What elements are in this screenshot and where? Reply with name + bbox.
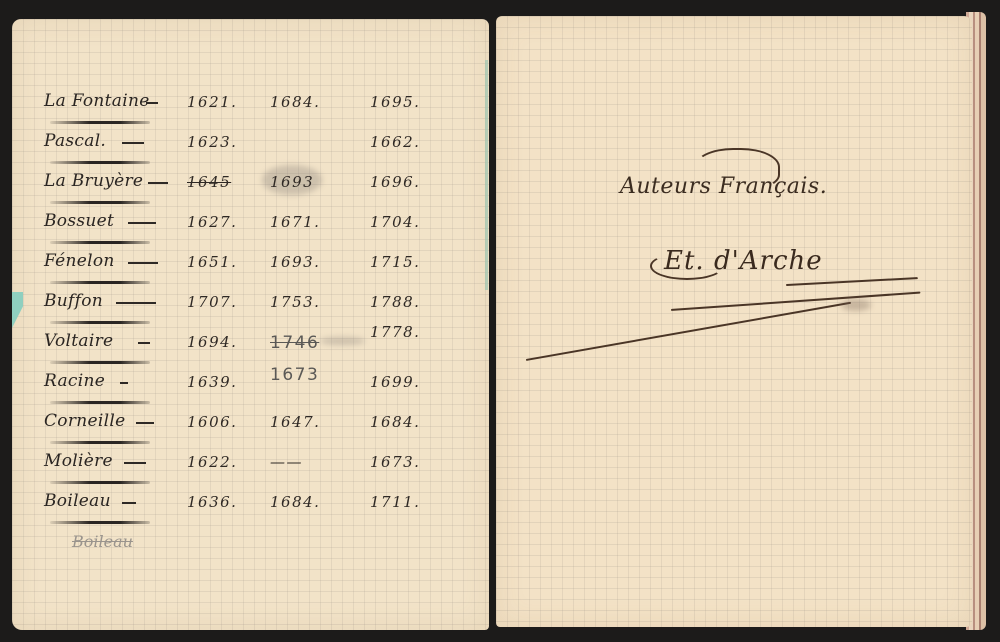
author-row: Boileau 1636. 1684. 1711. bbox=[12, 491, 489, 531]
underline bbox=[50, 241, 150, 244]
dash bbox=[124, 462, 146, 464]
work-year: 1746 bbox=[270, 333, 319, 353]
death-year: 1778. bbox=[370, 323, 420, 341]
author-row: Corneille 1606. 1647. 1684. bbox=[12, 411, 489, 451]
work-year: 1684. bbox=[270, 493, 320, 511]
death-year: 1711. bbox=[370, 493, 420, 511]
author-name: Corneille bbox=[44, 411, 125, 431]
signature-underline bbox=[786, 277, 918, 286]
death-year: 1673. bbox=[370, 453, 420, 471]
author-name: La Bruyère bbox=[44, 171, 143, 191]
ink-smudge bbox=[841, 299, 871, 311]
spine-binding bbox=[485, 60, 488, 290]
pencil-smudge bbox=[320, 337, 365, 345]
author-name: Molière bbox=[44, 451, 113, 471]
author-name: Boileau bbox=[44, 491, 111, 511]
birth-year: 1621. bbox=[187, 93, 237, 111]
author-name: Buffon bbox=[44, 291, 103, 311]
signature-underline bbox=[671, 292, 921, 311]
signature: Et. d'Arche bbox=[664, 246, 823, 276]
underline bbox=[50, 201, 150, 204]
death-year: 1684. bbox=[370, 413, 420, 431]
death-year: 1699. bbox=[370, 373, 420, 391]
work-year: 1684. bbox=[270, 93, 320, 111]
underline bbox=[50, 401, 150, 404]
underline bbox=[50, 441, 150, 444]
dash bbox=[138, 342, 150, 344]
death-year: 1715. bbox=[370, 253, 420, 271]
author-name: Racine bbox=[44, 371, 105, 391]
crossed-out-name: Boileau bbox=[72, 532, 133, 551]
birth-year: 1636. bbox=[187, 493, 237, 511]
birth-year: 1639. bbox=[187, 373, 237, 391]
underline bbox=[50, 321, 150, 324]
underline bbox=[50, 121, 150, 124]
left-page: La Fontaine 1621. 1684. 1695. Pascal. 16… bbox=[12, 19, 489, 630]
birth-year: 1651. bbox=[187, 253, 237, 271]
death-year: 1788. bbox=[370, 293, 420, 311]
author-name: Pascal. bbox=[44, 131, 106, 151]
underline bbox=[50, 161, 150, 164]
death-year: 1695. bbox=[370, 93, 420, 111]
dash bbox=[128, 262, 158, 264]
page-title: Auteurs Français. bbox=[620, 174, 827, 199]
dash bbox=[128, 222, 156, 224]
author-name: Bossuet bbox=[44, 211, 114, 231]
author-row: Fénelon 1651. 1693. 1715. bbox=[12, 251, 489, 291]
author-name: Fénelon bbox=[44, 251, 115, 271]
death-year: 1704. bbox=[370, 213, 420, 231]
work-year: 1673 bbox=[270, 365, 319, 385]
author-row: Voltaire 1694. 1746 1778. bbox=[12, 331, 489, 371]
author-name: La Fontaine bbox=[44, 91, 150, 111]
birth-year: 1622. bbox=[187, 453, 237, 471]
death-year: 1662. bbox=[370, 133, 420, 151]
work-year: 1753. bbox=[270, 293, 320, 311]
author-row: Racine 1639. 1673 1699. bbox=[12, 371, 489, 411]
work-year: —— bbox=[270, 453, 303, 471]
author-row: La Fontaine 1621. 1684. 1695. bbox=[12, 91, 489, 131]
dash bbox=[116, 302, 156, 304]
underline bbox=[50, 521, 150, 524]
work-year: 1693. bbox=[270, 253, 320, 271]
birth-year: 1645 bbox=[187, 173, 231, 191]
dash bbox=[120, 382, 128, 384]
underline bbox=[50, 361, 150, 364]
birth-year: 1694. bbox=[187, 333, 237, 351]
author-row: Molière 1622. —— 1673. bbox=[12, 451, 489, 491]
death-year: 1696. bbox=[370, 173, 420, 191]
underline bbox=[50, 481, 150, 484]
signature-underline bbox=[526, 302, 851, 361]
work-year: 1671. bbox=[270, 213, 320, 231]
birth-year: 1623. bbox=[187, 133, 237, 151]
dash bbox=[148, 182, 168, 184]
dash bbox=[122, 502, 136, 504]
author-name: Voltaire bbox=[44, 331, 113, 351]
author-row: La Bruyère 1645 1693 1696. bbox=[12, 171, 489, 211]
dash bbox=[122, 142, 144, 144]
birth-year: 1606. bbox=[187, 413, 237, 431]
underline bbox=[50, 281, 150, 284]
work-year: 1693 bbox=[270, 173, 314, 191]
dash bbox=[136, 422, 154, 424]
right-page: Auteurs Français. Et. d'Arche bbox=[496, 16, 972, 627]
birth-year: 1707. bbox=[187, 293, 237, 311]
work-year: 1647. bbox=[270, 413, 320, 431]
author-row: Pascal. 1623. 1662. bbox=[12, 131, 489, 171]
birth-year: 1627. bbox=[187, 213, 237, 231]
dash bbox=[146, 102, 158, 104]
author-row: Bossuet 1627. 1671. 1704. bbox=[12, 211, 489, 251]
